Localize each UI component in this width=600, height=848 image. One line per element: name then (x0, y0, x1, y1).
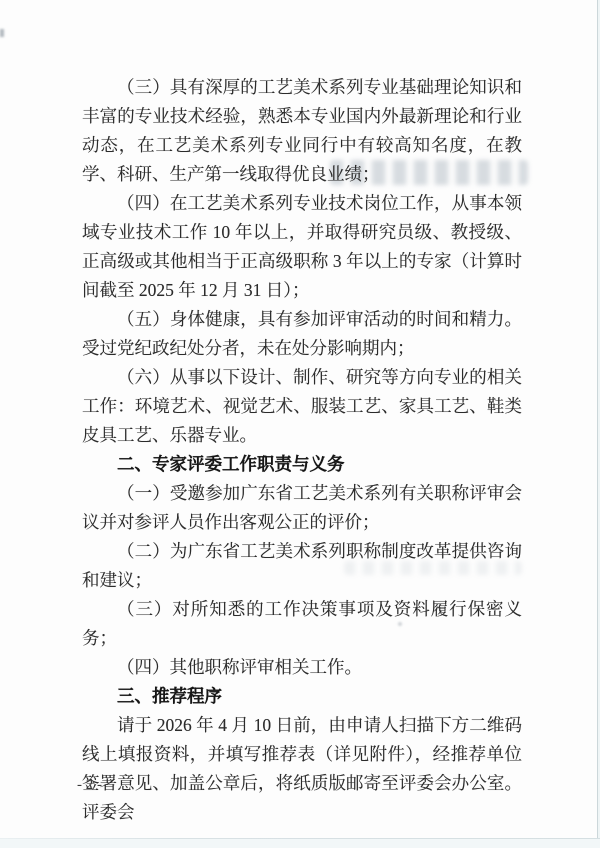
scan-edge-line-bottom (0, 838, 600, 840)
document-paragraph: （四）在工艺美术系列专业技术岗位工作，从事本领域专业技术工作 10 年以上，并取… (82, 189, 522, 305)
section-heading: 三、推荐程序 (82, 682, 522, 711)
document-paragraph: （三）对所知悉的工作决策事项及资料履行保密义务； (82, 595, 522, 653)
page-number: - 2 - (77, 777, 102, 794)
document-paragraph: （三）具有深厚的工艺美术系列专业基础理论知识和丰富的专业技术经验，熟悉本专业国内… (82, 73, 522, 189)
scanned-document-page: （三）具有深厚的工艺美术系列专业基础理论知识和丰富的专业技术经验，熟悉本专业国内… (0, 0, 600, 848)
document-paragraph: （五）身体健康，具有参加评审活动的时间和精力。受过党纪政纪处分者，未在处分影响期… (82, 305, 522, 363)
scan-edge-line-right (597, 0, 598, 848)
document-paragraph: （二）为广东省工艺美术系列职称制度改革提供咨询和建议； (82, 537, 522, 595)
document-paragraph: （四）其他职称评审相关工作。 (82, 653, 522, 682)
section-heading: 二、专家评委工作职责与义务 (82, 450, 522, 479)
scan-edge-strip-bottom (0, 839, 600, 848)
document-paragraph: （六）从事以下设计、制作、研究等方向专业的相关工作：环境艺术、视觉艺术、服装工艺… (82, 363, 522, 450)
document-paragraph: （一）受邀参加广东省工艺美术系列有关职称评审会议并对参评人员作出客观公正的评价； (82, 479, 522, 537)
document-paragraph: 请于 2026 年 4 月 10 日前，由申请人扫描下方二维码线上填报资料，并填… (82, 711, 522, 827)
document-body: （三）具有深厚的工艺美术系列专业基础理论知识和丰富的专业技术经验，熟悉本专业国内… (82, 73, 522, 827)
scan-speck (0, 29, 4, 37)
